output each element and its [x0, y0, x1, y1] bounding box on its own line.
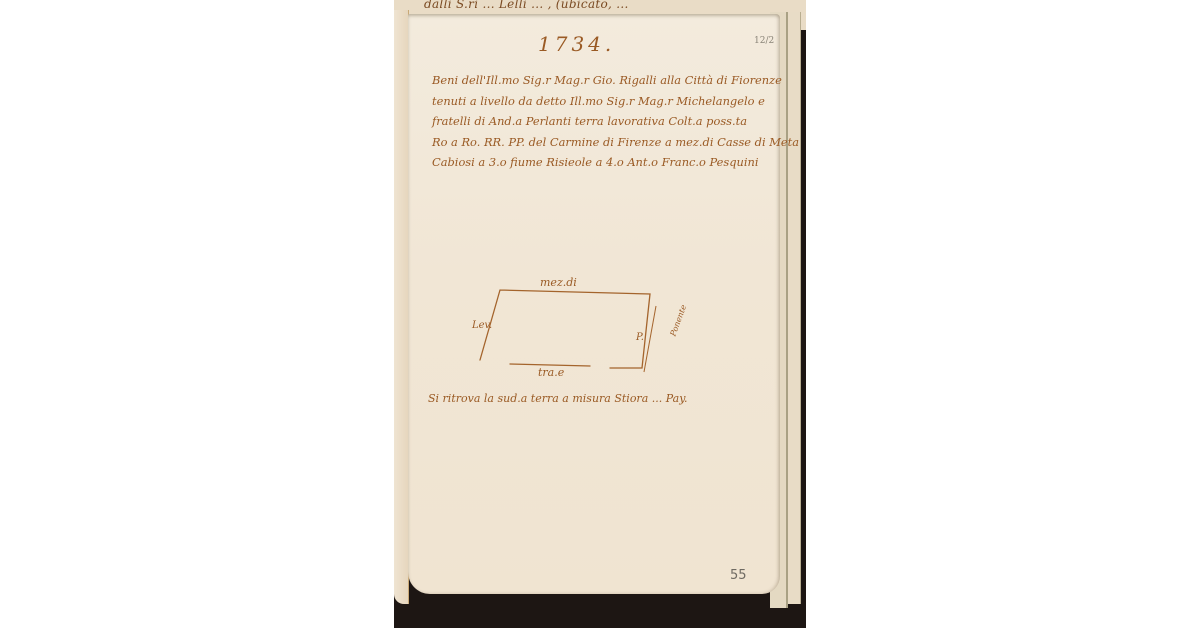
entry-line: Cabiosi a 3.o fiume Risieole a 4.o Ant.o…: [432, 152, 799, 173]
year-heading: 1734.: [538, 32, 615, 56]
plot-label-west: Lev.: [472, 320, 492, 331]
bleed-through-text: dalli S.ri ... Lelli ... , (ubicato, ...: [424, 0, 629, 11]
folio-number: 12/2: [754, 36, 774, 46]
manuscript-scan: dalli S.ri ... Lelli ... , (ubicato, ...…: [394, 0, 806, 628]
manuscript-page: 1734. 12/2 Beni dell'Ill.mo Sig.r Mag.r …: [408, 14, 780, 594]
plot-label-south: tra.e: [538, 366, 564, 379]
land-plot-sketch: mez.di Lev. P. Ponente tra.e: [470, 276, 690, 386]
entry-line: fratelli di And.a Perlanti terra lavorat…: [432, 111, 799, 132]
page-number: 55: [730, 568, 747, 583]
entry-line: tenuti a livello da detto Ill.mo Sig.r M…: [432, 91, 799, 112]
plot-outline: [470, 276, 690, 386]
plot-label-east: P.: [636, 332, 644, 343]
entry-line: Ro a Ro. RR. PP. del Carmine di Firenze …: [432, 132, 799, 153]
left-page-edge: [394, 10, 409, 604]
plot-label-north: mez.di: [540, 276, 577, 289]
measurement-note: Si ritrova la sud.a terra a misura Stior…: [428, 392, 687, 405]
entry-text: Beni dell'Ill.mo Sig.r Mag.r Gio. Rigall…: [432, 70, 799, 173]
entry-line: Beni dell'Ill.mo Sig.r Mag.r Gio. Rigall…: [432, 70, 799, 91]
